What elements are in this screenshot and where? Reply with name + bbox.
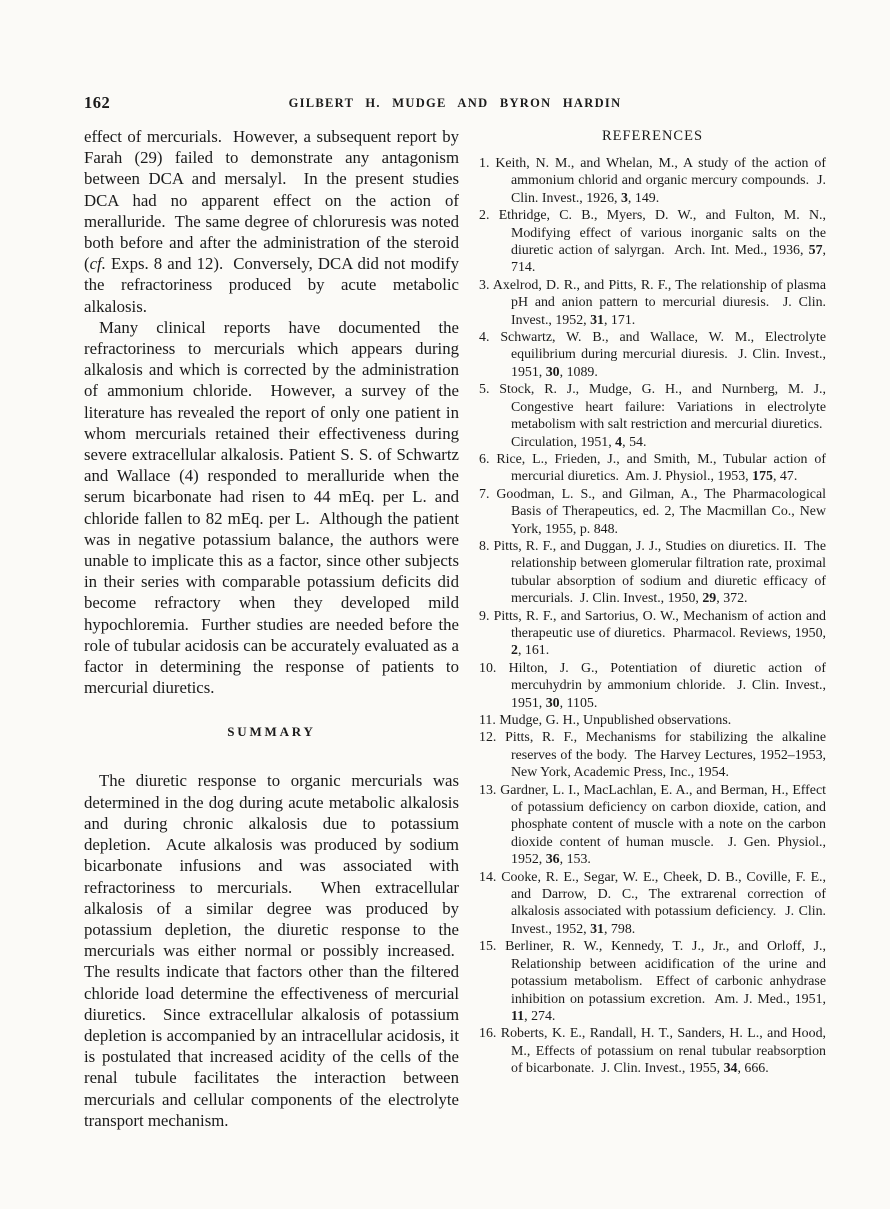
running-title: GILBERT H. MUDGE AND BYRON HARDIN [84,96,826,111]
summary-heading: SUMMARY [84,724,459,740]
body-paragraph: Many clinical reports have documented th… [84,317,459,699]
reference-item: 4. Schwartz, W. B., and Wallace, W. M., … [479,329,826,381]
reference-item: 9. Pitts, R. F., and Sartorius, O. W., M… [479,608,826,660]
summary-paragraph: The diuretic response to organic mercuri… [84,770,459,1130]
reference-item: 2. Ethridge, C. B., Myers, D. W., and Fu… [479,207,826,277]
reference-item: 14. Cooke, R. E., Segar, W. E., Cheek, D… [479,869,826,939]
reference-item: 15. Berliner, R. W., Kennedy, T. J., Jr.… [479,938,826,1025]
references-column: REFERENCES 1. Keith, N. M., and Whelan, … [479,126,826,1131]
running-head: 162 GILBERT H. MUDGE AND BYRON HARDIN [84,93,826,113]
reference-item: 7. Goodman, L. S., and Gilman, A., The P… [479,486,826,538]
reference-item: 8. Pitts, R. F., and Duggan, J. J., Stud… [479,538,826,608]
reference-item: 11. Mudge, G. H., Unpublished observatio… [479,712,826,729]
reference-item: 6. Rice, L., Frieden, J., and Smith, M.,… [479,451,826,486]
two-column-layout: effect of mercurials. However, a subsequ… [84,126,826,1131]
reference-item: 5. Stock, R. J., Mudge, G. H., and Nurnb… [479,381,826,451]
body-paragraph-continuation: effect of mercurials. However, a subsequ… [84,126,459,317]
left-column: effect of mercurials. However, a subsequ… [84,126,459,1131]
reference-item: 10. Hilton, J. G., Potentiation of diure… [479,660,826,712]
reference-item: 3. Axelrod, D. R., and Pitts, R. F., The… [479,277,826,329]
references-list: 1. Keith, N. M., and Whelan, M., A study… [479,155,826,1078]
references-heading: REFERENCES [479,128,826,145]
reference-item: 1. Keith, N. M., and Whelan, M., A study… [479,155,826,207]
journal-page: 162 GILBERT H. MUDGE AND BYRON HARDIN ef… [0,0,890,1209]
reference-item: 16. Roberts, K. E., Randall, H. T., Sand… [479,1025,826,1077]
reference-item: 13. Gardner, L. I., MacLachlan, E. A., a… [479,782,826,869]
reference-item: 12. Pitts, R. F., Mechanisms for stabili… [479,729,826,781]
